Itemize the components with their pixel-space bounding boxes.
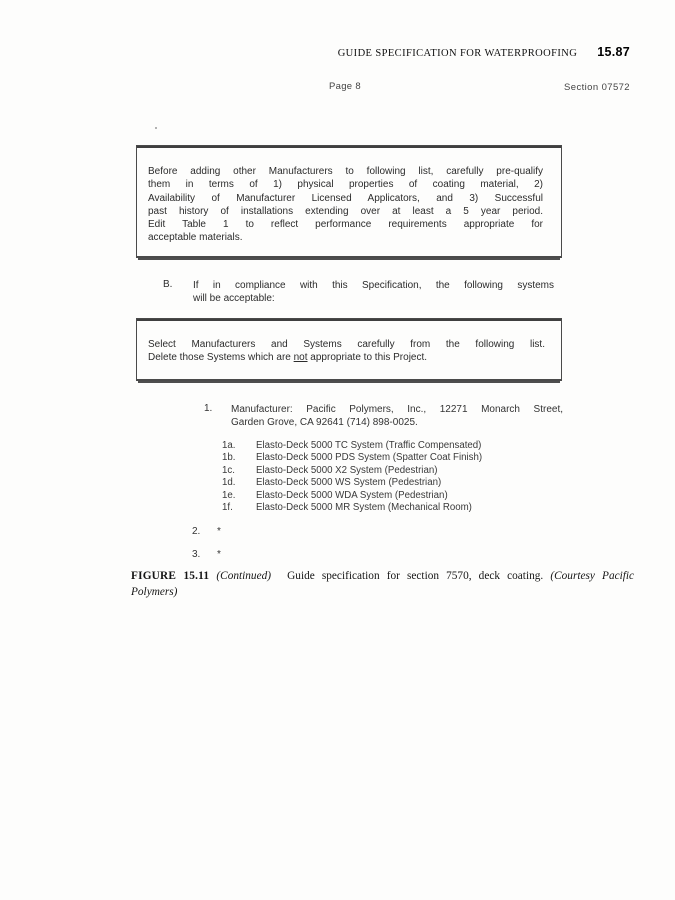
scan-artifact-dot [155,127,157,129]
clause-b-text: If in compliance with this Specification… [193,279,554,306]
clause-b-line: will be acceptable: [193,292,554,305]
underlined-word: not [294,352,308,363]
sub-item-text: Elasto-Deck 5000 WDA System (Pedestrian) [256,490,552,502]
clause-b-line: If in compliance with this Specification… [193,279,554,292]
sub-item-text: Elasto-Deck 5000 X2 System (Pedestrian) [256,465,552,477]
list-item: 1c. Elasto-Deck 5000 X2 System (Pedestri… [222,465,552,477]
note-line: Edit Table 1 to reflect performance requ… [148,218,543,231]
note-line: them in terms of 1) physical properties … [148,178,543,191]
sub-item-text: Elasto-Deck 5000 WS System (Pedestrian) [256,477,552,489]
list-item: 1a. Elasto-Deck 5000 TC System (Traffic … [222,440,552,452]
sub-item-label: 1a. [222,440,256,452]
note-line: Availability of Manufacturer Licensed Ap… [148,192,543,205]
note-line-suffix: appropriate to this Project. [308,352,428,363]
sub-item-label: 1b. [222,452,256,464]
list-item-3-placeholder: * [217,549,221,560]
list-item: 1f. Elasto-Deck 5000 MR System (Mechanic… [222,502,552,514]
note-line-prefix: Delete those Systems which are [148,352,294,363]
list-item: 1e. Elasto-Deck 5000 WDA System (Pedestr… [222,490,552,502]
sub-item-label: 1c. [222,465,256,477]
section-label: Section 07572 [564,82,630,93]
caption-figure-label: FIGURE 15.11 [131,570,209,582]
sub-item-label: 1e. [222,490,256,502]
list-item-2-placeholder: * [217,526,221,537]
note-line: Before adding other Manufacturers to fol… [148,165,543,178]
running-head: GUIDE SPECIFICATION FOR WATERPROOFING 15… [338,45,630,59]
clause-b-label: B. [163,279,172,290]
editor-note-box-2: Select Manufacturers and Systems careful… [136,318,562,381]
note-line: acceptable materials. [148,231,543,244]
document-page: GUIDE SPECIFICATION FOR WATERPROOFING 15… [0,0,675,900]
manufacturer-line: Garden Grove, CA 92641 (714) 898-0025. [231,416,563,429]
list-item-1-number: 1. [204,403,212,414]
sub-item-text: Elasto-Deck 5000 PDS System (Spatter Coa… [256,452,552,464]
sub-item-text: Elasto-Deck 5000 TC System (Traffic Comp… [256,440,552,452]
note-line: Select Manufacturers and Systems careful… [148,338,545,351]
note-line: past history of installations extending … [148,205,543,218]
caption-continued: (Continued) [216,570,271,582]
sub-item-label: 1f. [222,502,256,514]
sub-item-text: Elasto-Deck 5000 MR System (Mechanical R… [256,502,552,514]
list-item-2-number: 2. [192,526,200,537]
manufacturer-line: Manufacturer: Pacific Polymers, Inc., 12… [231,403,563,416]
figure-caption: FIGURE 15.11 (Continued) Guide specifica… [131,568,634,600]
sub-item-label: 1d. [222,477,256,489]
running-title: GUIDE SPECIFICATION FOR WATERPROOFING [338,48,578,59]
list-item-1-text: Manufacturer: Pacific Polymers, Inc., 12… [231,403,563,429]
list-item-3-number: 3. [192,549,200,560]
folio-number: 15.87 [597,45,630,59]
editor-note-box-1: Before adding other Manufacturers to fol… [136,145,562,258]
list-item: 1d. Elasto-Deck 5000 WS System (Pedestri… [222,477,552,489]
note-line: Delete those Systems which are not appro… [148,351,545,364]
page-label: Page 8 [329,81,361,92]
caption-text: Guide specification for section 7570, de… [287,570,543,582]
system-list: 1a. Elasto-Deck 5000 TC System (Traffic … [222,440,552,514]
list-item: 1b. Elasto-Deck 5000 PDS System (Spatter… [222,452,552,464]
